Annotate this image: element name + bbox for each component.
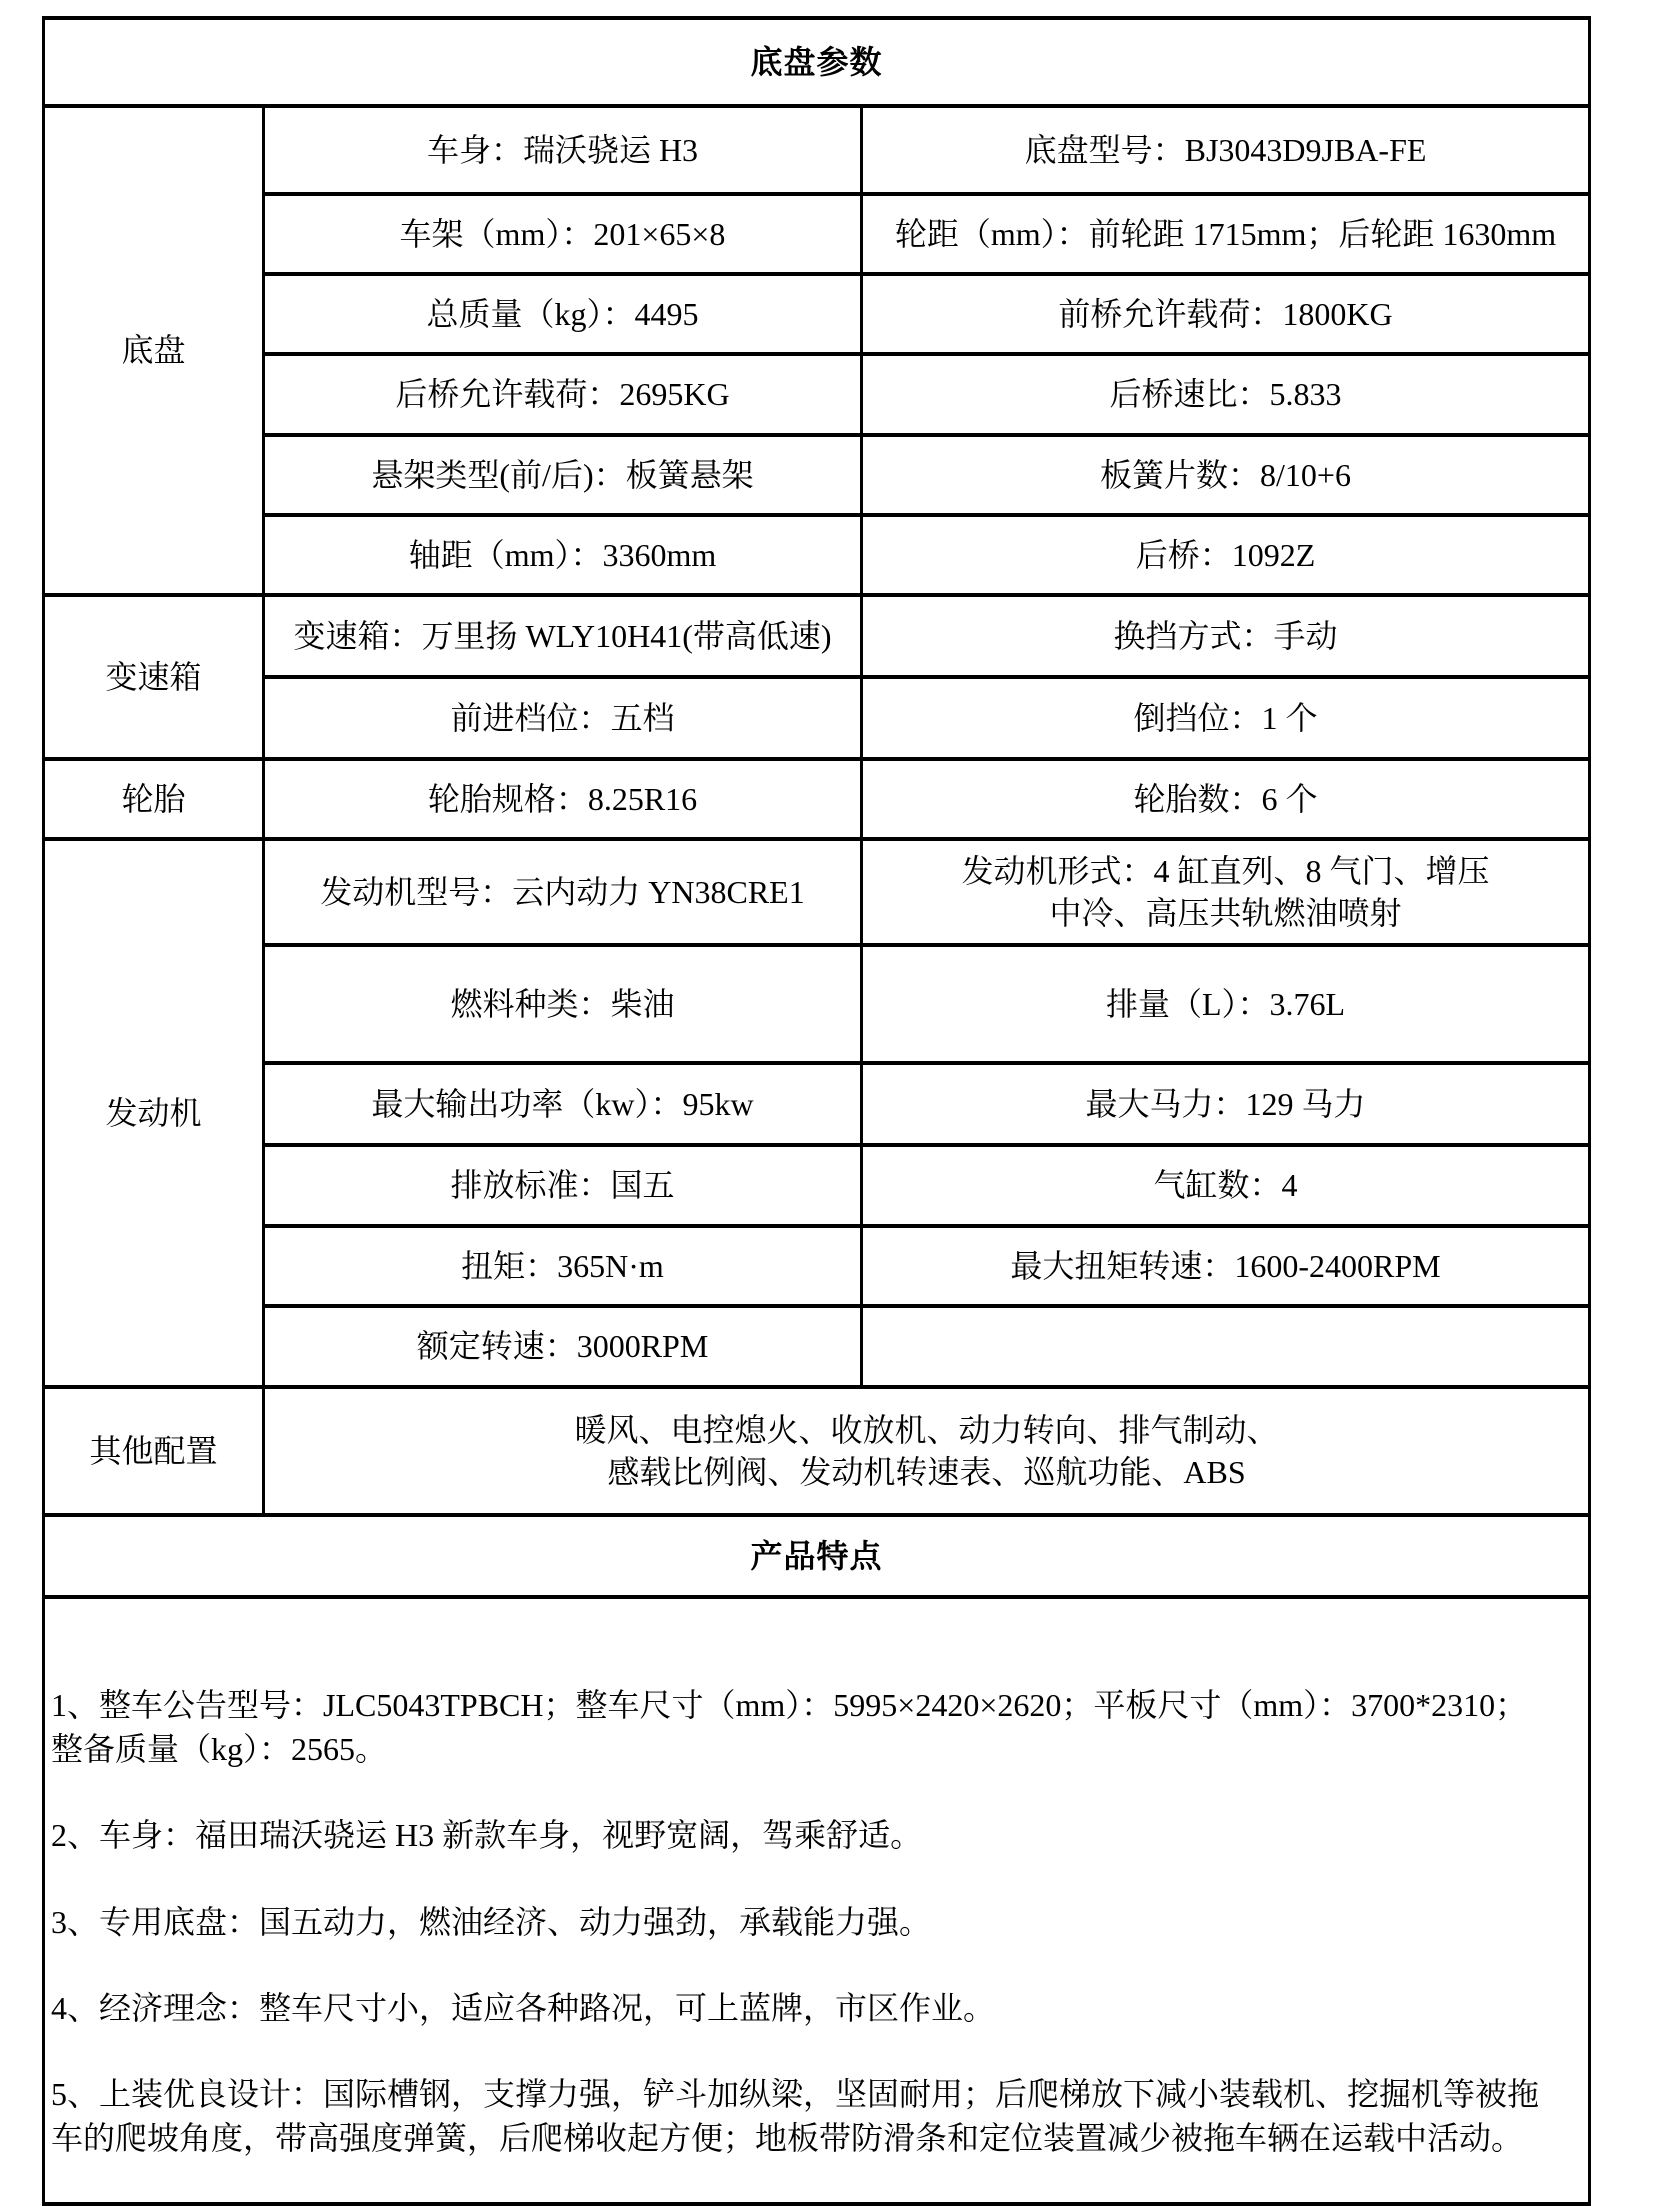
spec-cell-engine-form: 发动机形式：4 缸直列、8 气门、增压 中冷、高压共轨燃油喷射	[862, 839, 1590, 945]
spec-cell-max-horsepower: 最大马力：129 马力	[862, 1063, 1590, 1145]
feature-item-3: 3、专用底盘：国五动力，燃油经济、动力强劲，承载能力强。	[51, 1900, 1582, 1944]
spec-cell-tire-count: 轮胎数：6 个	[862, 759, 1590, 839]
spec-cell-fuel-type: 燃料种类：柴油	[264, 945, 862, 1063]
spec-cell-frame: 车架（mm）：201×65×8	[264, 194, 862, 274]
spec-cell-gross-weight: 总质量（kg）：4495	[264, 274, 862, 354]
spec-cell-emission-standard: 排放标准：国五	[264, 1145, 862, 1226]
features-title: 产品特点	[44, 1515, 1590, 1597]
spec-cell-rear-axle: 后桥：1092Z	[862, 515, 1590, 595]
spec-cell-cylinder-count: 气缸数：4	[862, 1145, 1590, 1226]
spec-cell-wheelbase: 轴距（mm）：3360mm	[264, 515, 862, 595]
spec-cell-other-config: 暖风、电控熄火、收放机、动力转向、排气制动、 感载比例阀、发动机转速表、巡航功能…	[264, 1387, 1590, 1515]
group-label-other-config: 其他配置	[44, 1387, 264, 1515]
feature-item-2: 2、车身：福田瑞沃骁运 H3 新款车身，视野宽阔，驾乘舒适。	[51, 1813, 1582, 1857]
group-label-tires: 轮胎	[44, 759, 264, 839]
feature-item-1: 1、整车公告型号：JLC5043TPBCH；整车尺寸（mm）：5995×2420…	[51, 1683, 1582, 1771]
spec-cell-tire-spec: 轮胎规格：8.25R16	[264, 759, 862, 839]
spec-cell-rear-axle-load: 后桥允许载荷：2695KG	[264, 354, 862, 435]
spec-cell-track: 轮距（mm）：前轮距 1715mm；后轮距 1630mm	[862, 194, 1590, 274]
spec-cell-shift-mode: 换挡方式：手动	[862, 595, 1590, 677]
spec-cell-max-torque-rpm: 最大扭矩转速：1600-2400RPM	[862, 1226, 1590, 1306]
spec-cell-gearbox-model: 变速箱：万里扬 WLY10H41(带高低速)	[264, 595, 862, 677]
spec-cell-front-axle-load: 前桥允许载荷：1800KG	[862, 274, 1590, 354]
spec-cell-empty	[862, 1306, 1590, 1387]
feature-item-4: 4、经济理念：整车尺寸小，适应各种路况，可上蓝牌，市区作业。	[51, 1986, 1582, 2030]
spec-cell-suspension: 悬架类型(前/后)：板簧悬架	[264, 435, 862, 515]
spec-cell-rated-rpm: 额定转速：3000RPM	[264, 1306, 862, 1387]
spec-cell-chassis-model: 底盘型号：BJ3043D9JBA-FE	[862, 106, 1590, 194]
spec-cell-max-power: 最大输出功率（kw）：95kw	[264, 1063, 862, 1145]
group-label-chassis: 底盘	[44, 106, 264, 595]
spec-cell-rear-axle-ratio: 后桥速比：5.833	[862, 354, 1590, 435]
group-label-engine: 发动机	[44, 839, 264, 1387]
spec-cell-reverse-gears: 倒挡位：1 个	[862, 677, 1590, 759]
spec-cell-body: 车身：瑞沃骁运 H3	[264, 106, 862, 194]
chassis-spec-table: 底盘参数 底盘 车身：瑞沃骁运 H3 底盘型号：BJ3043D9JBA-FE 车…	[42, 16, 1591, 2206]
group-label-gearbox: 变速箱	[44, 595, 264, 759]
features-body: 1、整车公告型号：JLC5043TPBCH；整车尺寸（mm）：5995×2420…	[44, 1597, 1590, 2204]
spec-cell-engine-model: 发动机型号：云内动力 YN38CRE1	[264, 839, 862, 945]
table-title: 底盘参数	[44, 18, 1590, 106]
spec-sheet: 底盘参数 底盘 车身：瑞沃骁运 H3 底盘型号：BJ3043D9JBA-FE 车…	[42, 16, 1588, 2206]
spec-cell-torque: 扭矩：365N·m	[264, 1226, 862, 1306]
spec-cell-displacement: 排量（L）：3.76L	[862, 945, 1590, 1063]
spec-cell-forward-gears: 前进档位：五档	[264, 677, 862, 759]
spec-cell-leaf-springs: 板簧片数：8/10+6	[862, 435, 1590, 515]
feature-item-5: 5、上装优良设计：国际槽钢，支撑力强，铲斗加纵梁，坚固耐用；后爬梯放下减小装载机…	[51, 2072, 1582, 2160]
